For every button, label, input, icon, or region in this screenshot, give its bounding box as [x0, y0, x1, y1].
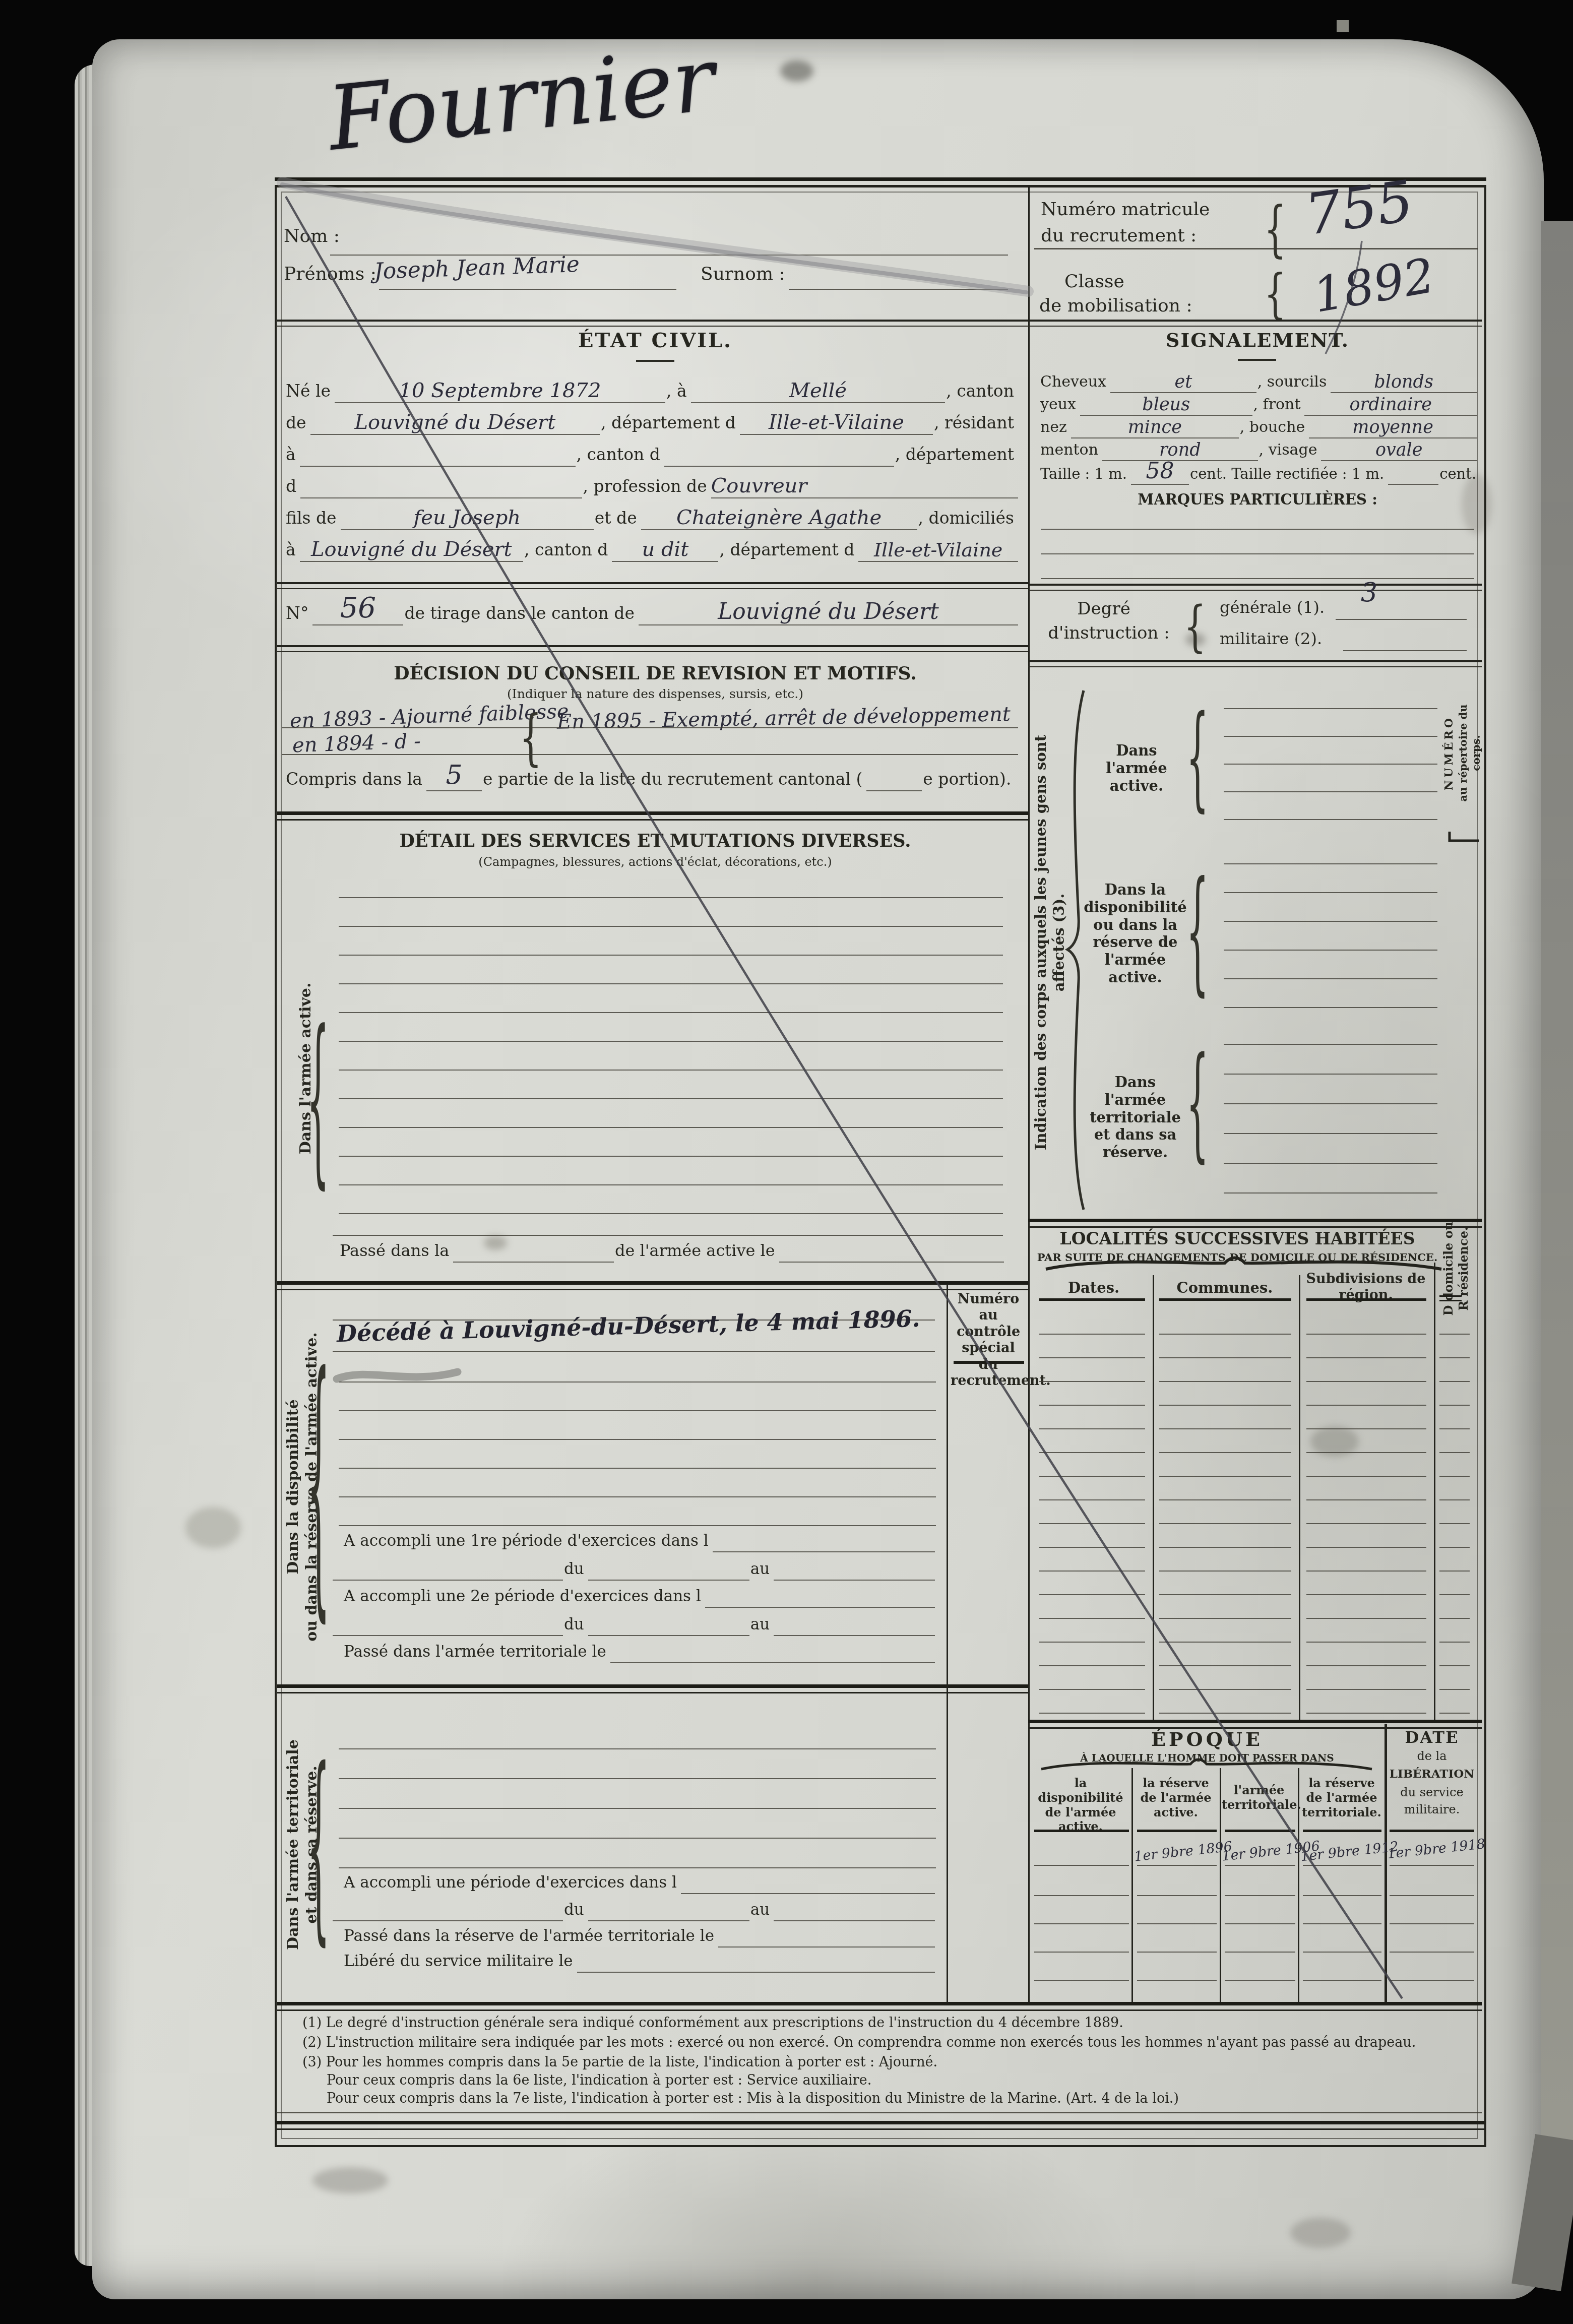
decision-title: DÉCISION DU CONSEIL DE REVISION ET MOTIF…: [287, 663, 1023, 684]
localites-col-dates: Dates.: [1038, 1279, 1149, 1296]
nom-line: [330, 255, 1008, 256]
numero-repertoire-label: NUMÉRO au répertoire du corps.: [1446, 687, 1479, 819]
title-dash: [1238, 359, 1276, 361]
label: , canton: [945, 381, 1018, 403]
services-extra-line: [333, 1235, 1003, 1236]
terr-periode-row: A accompli une période d'exercices dans …: [343, 1871, 935, 1894]
terr-ruled-lines: [339, 1720, 936, 1871]
periode2-row: A accompli une 2e période d'exercices da…: [343, 1584, 935, 1608]
label: de: [285, 413, 310, 435]
services-subtitle: (Campagnes, blessures, actions d'éclat, …: [287, 855, 1023, 869]
label: du: [563, 1901, 588, 1921]
decision-line-2: [282, 754, 1018, 755]
label: , à: [665, 381, 691, 403]
stain: [780, 60, 813, 82]
corps-group3-brace: {: [1186, 1022, 1209, 1183]
birthdate-value: 10 Septembre 1872: [399, 379, 601, 402]
degre-militaire-line: [1343, 650, 1467, 651]
services-ruled-lines: [339, 869, 1003, 1217]
fill: bleus: [1080, 395, 1252, 416]
label: A accompli une 1re période d'exercices d…: [343, 1532, 713, 1552]
decision-brace: {: [518, 700, 543, 775]
compris-row: Compris dans la 5 e partie de la liste d…: [285, 765, 1018, 791]
marques-lines: [1041, 505, 1474, 581]
localites-subtitle: PAR SUITE DE CHANGEMENTS DE DOMICILE OU …: [1036, 1251, 1439, 1264]
fill: Ille-et-Vilaine: [858, 539, 1018, 562]
surnom-label: Surnom :: [701, 264, 785, 284]
etat-civil-bottom-rule: [277, 582, 1028, 589]
label: du: [563, 1615, 588, 1636]
decision-line-1: [282, 727, 1018, 728]
header-bottom-rule: [277, 320, 1482, 327]
front-value: ordinaire: [1350, 395, 1432, 415]
decision-bottom-rule: [277, 811, 1028, 821]
localites-col-communes: Communes.: [1157, 1279, 1293, 1296]
degre-generale-value: 3: [1361, 578, 1377, 608]
libere-row: Libéré du service militaire le: [343, 1950, 935, 1973]
localites-rows-dates: [1039, 1311, 1145, 1724]
label: à: [285, 445, 300, 467]
fill: [774, 1580, 935, 1581]
footnote-2: (2) L'instruction militaire sera indiqué…: [302, 2035, 1416, 2050]
mother-value: Chateignère Agathe: [676, 506, 882, 529]
birthplace-value: Mellé: [789, 379, 847, 402]
fill: Chateignère Agathe: [641, 506, 917, 530]
signalement-row-1: Cheveux et , sourcils blonds: [1039, 371, 1477, 393]
label: A accompli une 2e période d'exercices da…: [343, 1587, 705, 1608]
label: Dans la disponibilité: [284, 1399, 303, 1574]
corps-group3-lines: [1224, 1015, 1437, 1194]
surnom-line: [789, 289, 1008, 290]
label: au répertoire du corps.: [1457, 687, 1483, 819]
fill: blonds: [1331, 372, 1477, 393]
label: Passé dans la réserve de l'armée territo…: [343, 1927, 718, 1948]
periode1-dates-row: du au: [333, 1556, 935, 1581]
label: Libéré du service militaire le: [343, 1952, 577, 1973]
departement2-value: Ille-et-Vilaine: [874, 539, 1002, 561]
localites-header-rule-4a: [1439, 1295, 1462, 1297]
epoque-header-rule-2: [1137, 1830, 1217, 1832]
localites-title: LOCALITÉS SUCCESSIVES HABITÉES: [1036, 1229, 1439, 1248]
fill: [610, 1662, 935, 1663]
yeux-value: bleus: [1142, 395, 1190, 415]
footnotes-top-rule: [277, 2002, 1482, 2011]
label: , canton d: [576, 445, 664, 467]
matricule-brace: {: [1263, 191, 1288, 267]
fill: mince: [1071, 417, 1239, 438]
label: et de: [594, 508, 641, 530]
etat-civil-row-6: à Louvigné du Désert , canton d u dit , …: [285, 536, 1018, 562]
localites-divider-3: [1434, 1263, 1435, 1721]
footnote-1: (1) Le degré d'instruction générale sera…: [302, 2015, 1123, 2031]
label: , sourcils: [1256, 373, 1331, 393]
scanned-military-register-page: { "glyphs": { "brace": "{" }, "header": …: [0, 0, 1573, 2324]
periode1-row: A accompli une 1re période d'exercices d…: [343, 1528, 935, 1552]
date-col-line5: militaire.: [1387, 1802, 1477, 1816]
decision-subtitle: (Indiquer la nature des dispenses, sursi…: [287, 686, 1023, 701]
label: d: [285, 476, 300, 498]
controle-column-border: [947, 1284, 948, 2003]
degre-militaire-label: militaire (2).: [1220, 629, 1322, 648]
label: e partie de la liste du recrutement cant…: [482, 769, 866, 791]
corps-group2-label: Dans la disponibilité ou dans la réserve…: [1084, 881, 1187, 986]
fill: Ille-et-Vilaine: [740, 411, 933, 435]
label: du: [563, 1560, 588, 1581]
epoque-header-rule-1: [1034, 1830, 1129, 1832]
label: Compris dans la: [285, 769, 426, 791]
epoque-row1-line-4: [1303, 1865, 1381, 1866]
epoque-header-rule-5: [1390, 1830, 1474, 1832]
label: Taille : 1 m.: [1039, 465, 1131, 485]
liste-partie-value: 5: [446, 760, 462, 790]
epoque-blank-rows-5: [1390, 1868, 1474, 1984]
label: Né le: [285, 381, 335, 403]
prenoms-line: [379, 289, 676, 290]
label: , visage: [1258, 441, 1322, 461]
matricule-classe-divider: [1034, 248, 1478, 249]
corps-group2-lines: [1224, 836, 1437, 1010]
fill: [588, 1920, 749, 1921]
classe-brace: {: [1263, 261, 1288, 327]
localites-header-rule-2: [1159, 1298, 1291, 1301]
matricule-label-1: Numéro matricule: [1041, 199, 1210, 220]
label: Passé dans l'armée territoriale le: [343, 1643, 610, 1663]
degre-brace: {: [1183, 592, 1207, 660]
epoque-blank-rows-1: [1034, 1868, 1129, 1984]
tirage-bottom-rule: [277, 645, 1028, 652]
taille-row: Taille : 1 m. 58 cent. Taille rectifiée …: [1039, 462, 1477, 485]
fill: [681, 1893, 935, 1894]
stain: [312, 2167, 388, 2193]
dispo-bottom-rule: [277, 1684, 1028, 1693]
label: Dans l'armée territoriale: [284, 1739, 303, 1950]
fill: u dit: [612, 538, 718, 562]
date-col-line2: de la: [1387, 1749, 1477, 1763]
taille-value: 58: [1146, 458, 1174, 484]
label: , bouche: [1239, 418, 1309, 438]
label: yeux: [1039, 396, 1080, 416]
departement-value: Ille-et-Vilaine: [769, 411, 904, 434]
epoque-title: ÉPOQUE: [1033, 1728, 1381, 1750]
epoque-blank-rows-4: [1303, 1868, 1381, 1984]
fill: [333, 1635, 563, 1636]
fill: moyenne: [1309, 417, 1477, 438]
label: R résidence.: [1456, 1227, 1471, 1311]
services-title: DÉTAIL DES SERVICES ET MUTATIONS DIVERSE…: [287, 831, 1023, 851]
fill: [774, 1635, 935, 1636]
fill: Louvigné du Désert: [300, 538, 523, 562]
corps-group1-lines: [1224, 681, 1437, 820]
passe-reserve-terr-row: Passé dans la réserve de l'armée territo…: [343, 1924, 935, 1948]
footnote-4: Pour ceux compris dans la 6e liste, l'in…: [327, 2072, 871, 2088]
fill: 5: [426, 760, 482, 791]
main-column-divider: [1028, 187, 1030, 2003]
dispo-brace: {: [307, 1293, 330, 1671]
localites-header-rule-3: [1306, 1298, 1426, 1301]
terr-brace: {: [307, 1709, 330, 1981]
controle-header-rule: [954, 1361, 1024, 1364]
epoque-row1-line-1: [1034, 1865, 1129, 1866]
epoque-divider-1: [1131, 1768, 1133, 2003]
epoque-row1-line-2: [1137, 1865, 1217, 1866]
etat-civil-row-3: à , canton d , département: [285, 441, 1018, 467]
fill: ordinaire: [1304, 395, 1477, 416]
corps-group1-brace: {: [1186, 681, 1209, 833]
label: à: [285, 540, 300, 562]
title-dash: [636, 360, 674, 362]
epoque-header-rule-3: [1225, 1830, 1295, 1832]
epoque-col3-header: l'armée territoriale.: [1222, 1783, 1296, 1812]
corps-group2-brace: {: [1186, 843, 1209, 1019]
fill: [779, 1262, 1004, 1263]
fill: [664, 466, 894, 467]
domicile-value: Louvigné du Désert: [311, 538, 512, 561]
stain: [185, 1507, 241, 1548]
label: N°: [285, 603, 312, 625]
epoque-row1-line-3: [1225, 1865, 1295, 1866]
corps-group1-label: Dans l'armée active.: [1089, 742, 1184, 794]
degre-bottom-rule: [1028, 660, 1482, 667]
profession-value: Couvreur: [711, 474, 807, 497]
matricule-label-2: du recrutement :: [1041, 225, 1197, 246]
corps-side-label: Indication des corps auxquels les jeunes…: [1039, 715, 1061, 1171]
decision-hw-1894: en 1894 - d -: [292, 730, 421, 758]
epoque-blank-rows-2: [1137, 1868, 1217, 1984]
label: au: [749, 1901, 774, 1921]
fill: [333, 1580, 563, 1581]
degre-generale-line: [1336, 619, 1467, 620]
label: nez: [1039, 418, 1071, 438]
services-bottom-rule: [277, 1281, 1028, 1290]
signalement-row-4: menton rond , visage ovale: [1039, 439, 1477, 461]
epoque-col1-header: la disponibilité de l'armée active.: [1031, 1776, 1130, 1834]
fill: Mellé: [691, 379, 946, 403]
label: au: [749, 1560, 774, 1581]
label: , profession de: [582, 476, 711, 498]
label: D domicile ou: [1441, 1222, 1456, 1315]
label: cent.: [1438, 465, 1480, 485]
fill: [713, 1551, 935, 1552]
label: , département: [894, 445, 1018, 467]
label: de tirage dans le canton de: [403, 603, 639, 625]
fill: [588, 1580, 749, 1581]
controle-header: Numéro au contrôle spécial du recrutemen…: [951, 1291, 1026, 1389]
epoque-subtitle: À LAQUELLE L'HOMME DOIT PASSER DANS: [1033, 1752, 1381, 1764]
degre-label-2: d'instruction :: [1038, 623, 1179, 643]
fill: [577, 1972, 935, 1973]
menton-value: rond: [1159, 440, 1201, 460]
fill: feu Joseph: [341, 506, 594, 530]
fill: [453, 1262, 614, 1263]
under-page-edge: [1541, 221, 1573, 2141]
epoque-divider-3: [1298, 1768, 1299, 2003]
tirage-row: N° 56 de tirage dans le canton de Louvig…: [285, 597, 1018, 625]
dispo-ruled-lines: [339, 1354, 936, 1526]
fill: [718, 1946, 935, 1948]
visage-value: ovale: [1375, 440, 1423, 460]
label: , domiciliés: [917, 508, 1018, 530]
etat-civil-title: ÉTAT CIVIL.: [287, 329, 1023, 352]
localites-divider-1: [1153, 1275, 1154, 1721]
etat-civil-row-1: Né le 10 Septembre 1872 , à Mellé , cant…: [285, 377, 1018, 403]
cheveux-value: et: [1174, 372, 1192, 392]
epoque-col4-header: la réserve de l'armée territoriale.: [1300, 1776, 1383, 1819]
fill: 56: [312, 592, 403, 625]
fill: [588, 1635, 749, 1636]
fill: [774, 1920, 935, 1921]
epoque-col2-header: la réserve de l'armée active.: [1134, 1776, 1218, 1819]
fill: [1388, 484, 1438, 485]
label: de l'armée active le: [614, 1241, 779, 1263]
form-bottom-rule: [275, 2121, 1484, 2130]
fill: [333, 1920, 563, 1921]
fill: Louvigné du Désert: [639, 599, 1018, 625]
label: A accompli une période d'exercices dans …: [343, 1873, 681, 1894]
fill: [300, 466, 576, 467]
bouche-value: moyenne: [1352, 417, 1433, 437]
tirage-canton: Louvigné du Désert: [718, 599, 939, 624]
passe-territoriale-row: Passé dans l'armée territoriale le: [343, 1639, 935, 1663]
epoque-header-rule-4: [1303, 1830, 1381, 1832]
localites-header-rule-1: [1039, 1298, 1145, 1301]
localites-header-rule-4b: [1439, 1300, 1462, 1301]
label: e portion).: [922, 769, 1015, 791]
tirage-number: 56: [340, 592, 376, 624]
fill: ovale: [1321, 440, 1477, 461]
fill: 58: [1131, 458, 1189, 485]
label: Indication des corps auxquels les jeunes…: [1031, 715, 1068, 1171]
signalement-bottom-rule: [1028, 584, 1482, 591]
deces-line-bottom: [333, 1351, 935, 1352]
label: , résidant: [933, 413, 1018, 435]
label: , canton d: [523, 540, 612, 562]
fill: [300, 497, 582, 498]
date-col-line3: LIBÉRATION: [1387, 1767, 1477, 1781]
canton-dit-value: u dit: [642, 538, 688, 561]
epoque-row1-line-5: [1390, 1865, 1474, 1866]
fill: 10 Septembre 1872: [335, 379, 665, 403]
fill: Louvigné du Désert: [310, 411, 600, 435]
degre-generale-label: générale (1).: [1220, 598, 1325, 617]
signalement-row-2: yeux bleus , front ordinaire: [1039, 394, 1477, 416]
label: , front: [1252, 396, 1305, 416]
fill: [866, 790, 922, 791]
label: NUMÉRO: [1442, 716, 1457, 790]
periode2-dates-row: du au: [333, 1612, 935, 1636]
terr-dates-row: du au: [333, 1898, 935, 1921]
corps-group3-label: Dans l'armée territoriale et dans sa rés…: [1084, 1074, 1187, 1161]
label: , département d: [718, 540, 858, 562]
date-col-divider: [1385, 1724, 1387, 2003]
localites-rows-subdivisions: [1306, 1311, 1426, 1724]
passe-armee-active-row: Passé dans la de l'armée active le: [339, 1237, 1004, 1263]
epoque-divider-2: [1220, 1768, 1221, 2003]
degre-label-1: Degré: [1053, 599, 1154, 619]
stain: [1290, 2218, 1351, 2248]
fill: et: [1110, 372, 1256, 393]
sourcils-value: blonds: [1374, 372, 1433, 392]
classe-label-1: Classe: [1064, 271, 1124, 292]
father-value: feu Joseph: [413, 506, 521, 529]
label: , département d: [600, 413, 740, 435]
etat-civil-row-2: de Louvigné du Désert , département d Il…: [285, 409, 1018, 435]
prenoms-label: Prénoms :: [284, 264, 376, 284]
label: au: [749, 1615, 774, 1636]
label: Cheveux: [1039, 373, 1110, 393]
fill: [705, 1607, 935, 1608]
services-brace: {: [306, 978, 330, 1220]
nom-label: Nom :: [284, 226, 340, 246]
label: Passé dans la: [339, 1241, 453, 1263]
epoque-blank-rows-3: [1225, 1868, 1295, 1984]
footnotes-bottom-thin-rule: [277, 2112, 1482, 2113]
nez-value: mince: [1128, 417, 1182, 437]
date-col-line4: du service: [1387, 1785, 1477, 1799]
fill: Couvreur: [711, 474, 1018, 498]
localites-rows-dr: [1439, 1311, 1470, 1724]
canton-value: Louvigné du Désert: [354, 411, 555, 434]
etat-civil-row-5: fils de feu Joseph et de Chateignère Aga…: [285, 504, 1018, 530]
corps-bottom-rule: [1028, 1219, 1482, 1228]
localites-divider-2: [1299, 1275, 1300, 1721]
localites-rows-communes: [1159, 1311, 1291, 1724]
signalement-row-3: nez mince , bouche moyenne: [1039, 416, 1477, 438]
footnote-5: Pour ceux compris dans la 7e liste, l'in…: [327, 2091, 1179, 2106]
date-col-line1: DATE: [1387, 1728, 1477, 1747]
footnote-3: (3) Pour les hommes compris dans la 5e p…: [302, 2054, 937, 2070]
classe-label-2: de mobilisation :: [1039, 295, 1192, 316]
label: menton: [1039, 441, 1102, 461]
scan-artifact: [1337, 20, 1349, 32]
signalement-title: SIGNALEMENT.: [1038, 329, 1477, 351]
label: fils de: [285, 508, 341, 530]
label: cent. Taille rectifiée : 1 m.: [1189, 465, 1388, 485]
etat-civil-row-4: d , profession de Couvreur: [285, 472, 1018, 498]
